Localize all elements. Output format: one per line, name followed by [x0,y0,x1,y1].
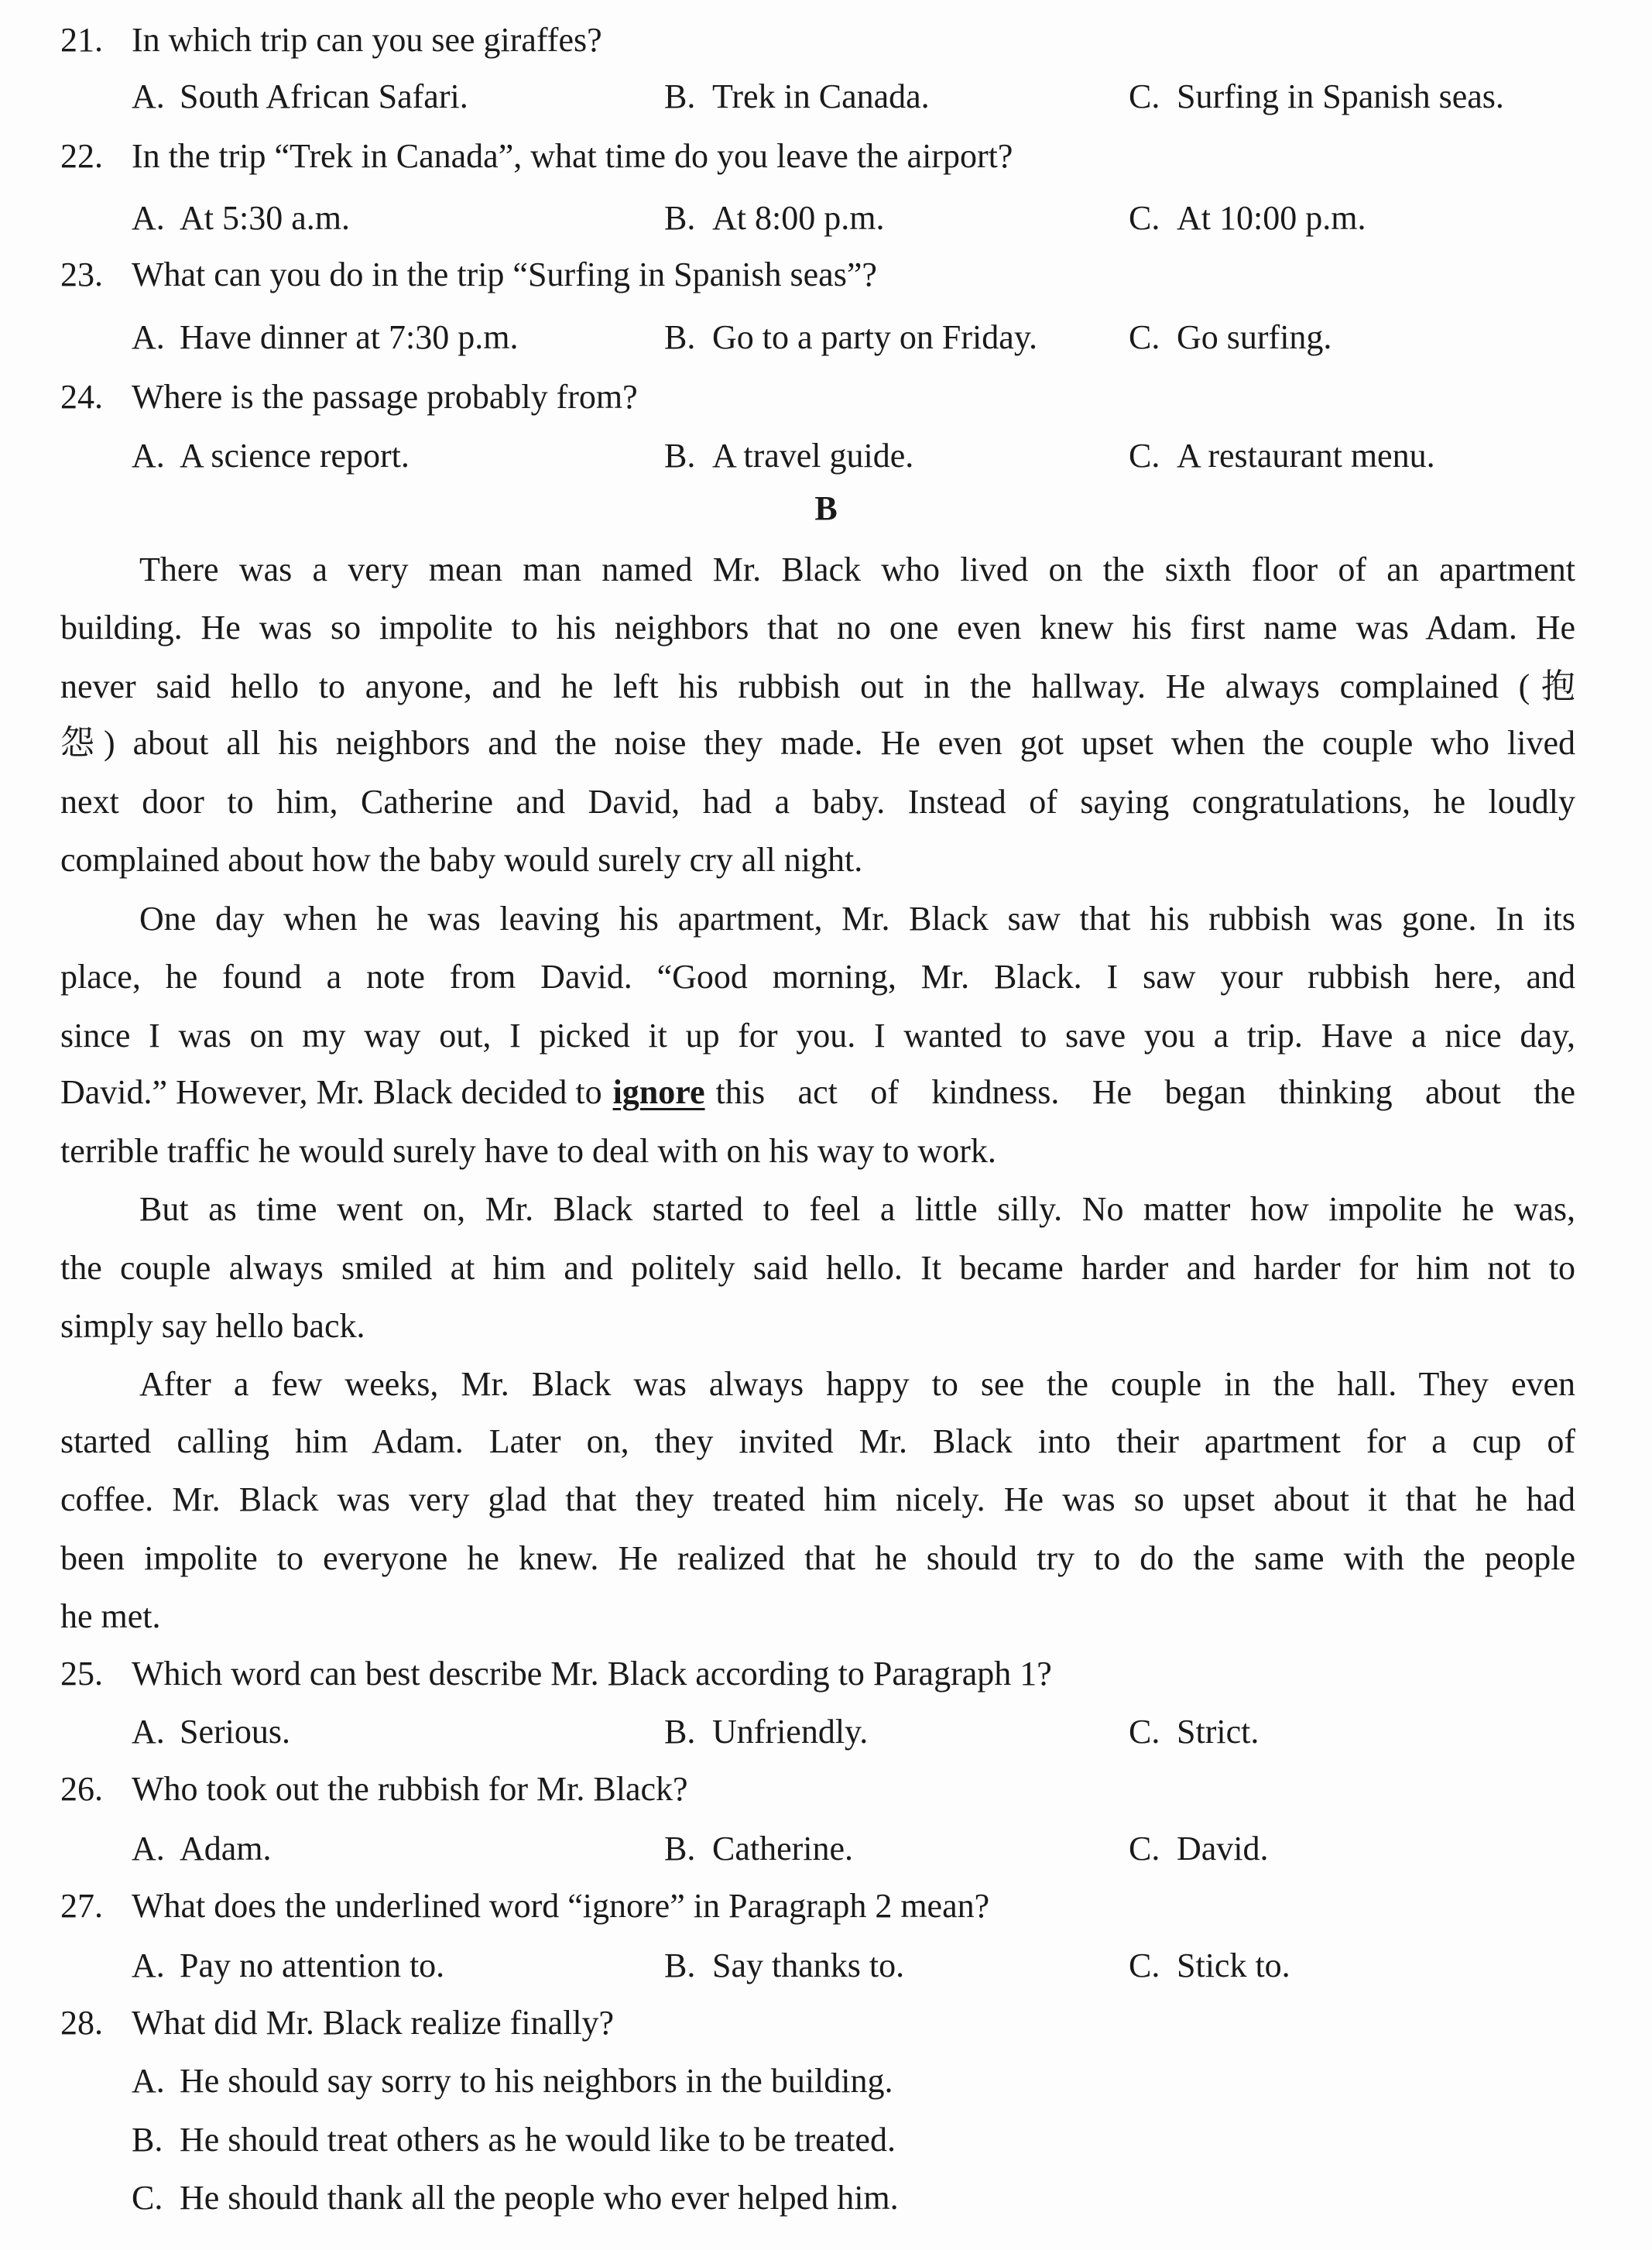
section-title: B [0,485,1652,532]
question-number: 23. [60,252,132,298]
underlined-word: ignore [613,1069,705,1116]
option-c[interactable]: C.David. [1129,1826,1269,1872]
passage-line: been impolite to everyone he knew. He re… [60,1535,1575,1582]
question-number: 21. [60,17,132,63]
question-26-options: A.Adam. B.Catherine. C.David. [60,1826,1575,1872]
question-28-option-b[interactable]: B.He should treat others as he would lik… [60,2117,1575,2163]
passage-line: never said hello to anyone, and he left … [60,664,1575,710]
passage-text: David.” However, Mr. Black decided to [60,1069,602,1116]
option-b[interactable]: B.Catherine. [664,1826,853,1872]
option-a[interactable]: A.South African Safari. [132,74,468,120]
question-25-options: A.Serious. B.Unfriendly. C.Strict. [60,1709,1575,1755]
question-text: What did Mr. Black realize finally? [132,2004,614,2042]
question-27-options: A.Pay no attention to. B.Say thanks to. … [60,1943,1575,1989]
question-23-options: A.Have dinner at 7:30 p.m. B.Go to a par… [60,314,1575,361]
passage-line: terrible traffic he would surely have to… [60,1128,1575,1175]
option-c[interactable]: C.Go surfing. [1129,314,1332,361]
question-number: 28. [60,2000,132,2046]
option-a[interactable]: A.Pay no attention to. [132,1943,444,1989]
passage-line: next door to him, Catherine and David, h… [60,779,1575,825]
option-b[interactable]: B.Trek in Canada. [664,74,930,120]
passage-line: David.” However, Mr. Black decided to ig… [60,1069,1575,1116]
option-a[interactable]: A.Serious. [132,1709,290,1755]
question-27: 27.What does the underlined word “ignore… [60,1883,1575,1929]
question-22: 22.In the trip “Trek in Canada”, what ti… [60,133,1575,180]
question-24: 24.Where is the passage probably from? [60,374,1575,420]
option-a[interactable]: A.Have dinner at 7:30 p.m. [132,314,518,361]
passage-line: place, he found a note from David. “Good… [60,954,1575,1000]
option-c[interactable]: C.A restaurant menu. [1129,433,1435,479]
passage-line: he met. [60,1593,1575,1640]
option-b[interactable]: B.A travel guide. [664,433,913,479]
question-23: 23.What can you do in the trip “Surfing … [60,252,1575,298]
passage-line: One day when he was leaving his apartmen… [139,896,1575,942]
option-b[interactable]: B.Say thanks to. [664,1943,904,1989]
option-a[interactable]: A.A science report. [132,433,410,479]
question-28-option-c[interactable]: C.He should thank all the people who eve… [60,2175,1575,2221]
passage-line: 怨) about all his neighbors and the noise… [60,720,1575,767]
passage-line: the couple always smiled at him and poli… [60,1245,1575,1291]
option-c[interactable]: C.Surfing in Spanish seas. [1129,74,1504,120]
option-b[interactable]: B.At 8:00 p.m. [664,195,884,242]
question-text: Who took out the rubbish for Mr. Black? [132,1770,688,1808]
option-a[interactable]: A.Adam. [132,1826,272,1872]
question-text: In the trip “Trek in Canada”, what time … [132,137,1013,175]
question-text: What does the underlined word “ignore” i… [132,1887,989,1925]
option-b[interactable]: B.Go to a party on Friday. [664,314,1037,361]
question-21: 21.In which trip can you see giraffes? [60,17,1575,63]
passage-line: There was a very mean man named Mr. Blac… [139,547,1575,593]
question-26: 26.Who took out the rubbish for Mr. Blac… [60,1766,1575,1813]
question-text: In which trip can you see giraffes? [132,21,602,59]
passage-line: After a few weeks, Mr. Black was always … [139,1361,1575,1408]
question-text: What can you do in the trip “Surfing in … [132,256,877,293]
question-22-options: A.At 5:30 a.m. B.At 8:00 p.m. C.At 10:00… [60,195,1575,242]
passage-line: But as time went on, Mr. Black started t… [139,1186,1575,1233]
passage-line: complained about how the baby would sure… [60,837,1575,883]
question-28-option-a[interactable]: A.He should say sorry to his neighbors i… [60,2058,1575,2104]
option-c[interactable]: C.Strict. [1129,1709,1259,1755]
question-text: Which word can best describe Mr. Black a… [132,1655,1052,1693]
question-21-options: A.South African Safari. B.Trek in Canada… [60,74,1575,120]
question-28: 28.What did Mr. Black realize finally? [60,2000,1575,2046]
question-number: 22. [60,133,132,180]
option-b[interactable]: B.Unfriendly. [664,1709,868,1755]
option-a[interactable]: A.At 5:30 a.m. [132,195,350,242]
question-number: 24. [60,374,132,420]
question-number: 27. [60,1883,132,1929]
passage-line: started calling him Adam. Later on, they… [60,1418,1575,1465]
question-number: 25. [60,1651,132,1697]
passage-line: since I was on my way out, I picked it u… [60,1013,1575,1059]
passage-line: building. He was so impolite to his neig… [60,605,1575,651]
question-25: 25.Which word can best describe Mr. Blac… [60,1651,1575,1697]
question-number: 26. [60,1766,132,1813]
passage-line: coffee. Mr. Black was very glad that the… [60,1477,1575,1523]
question-24-options: A.A science report. B.A travel guide. C.… [60,433,1575,479]
question-text: Where is the passage probably from? [132,378,638,416]
option-c[interactable]: C.At 10:00 p.m. [1129,195,1366,242]
passage-line: simply say hello back. [60,1303,1575,1350]
option-c[interactable]: C.Stick to. [1129,1943,1290,1989]
